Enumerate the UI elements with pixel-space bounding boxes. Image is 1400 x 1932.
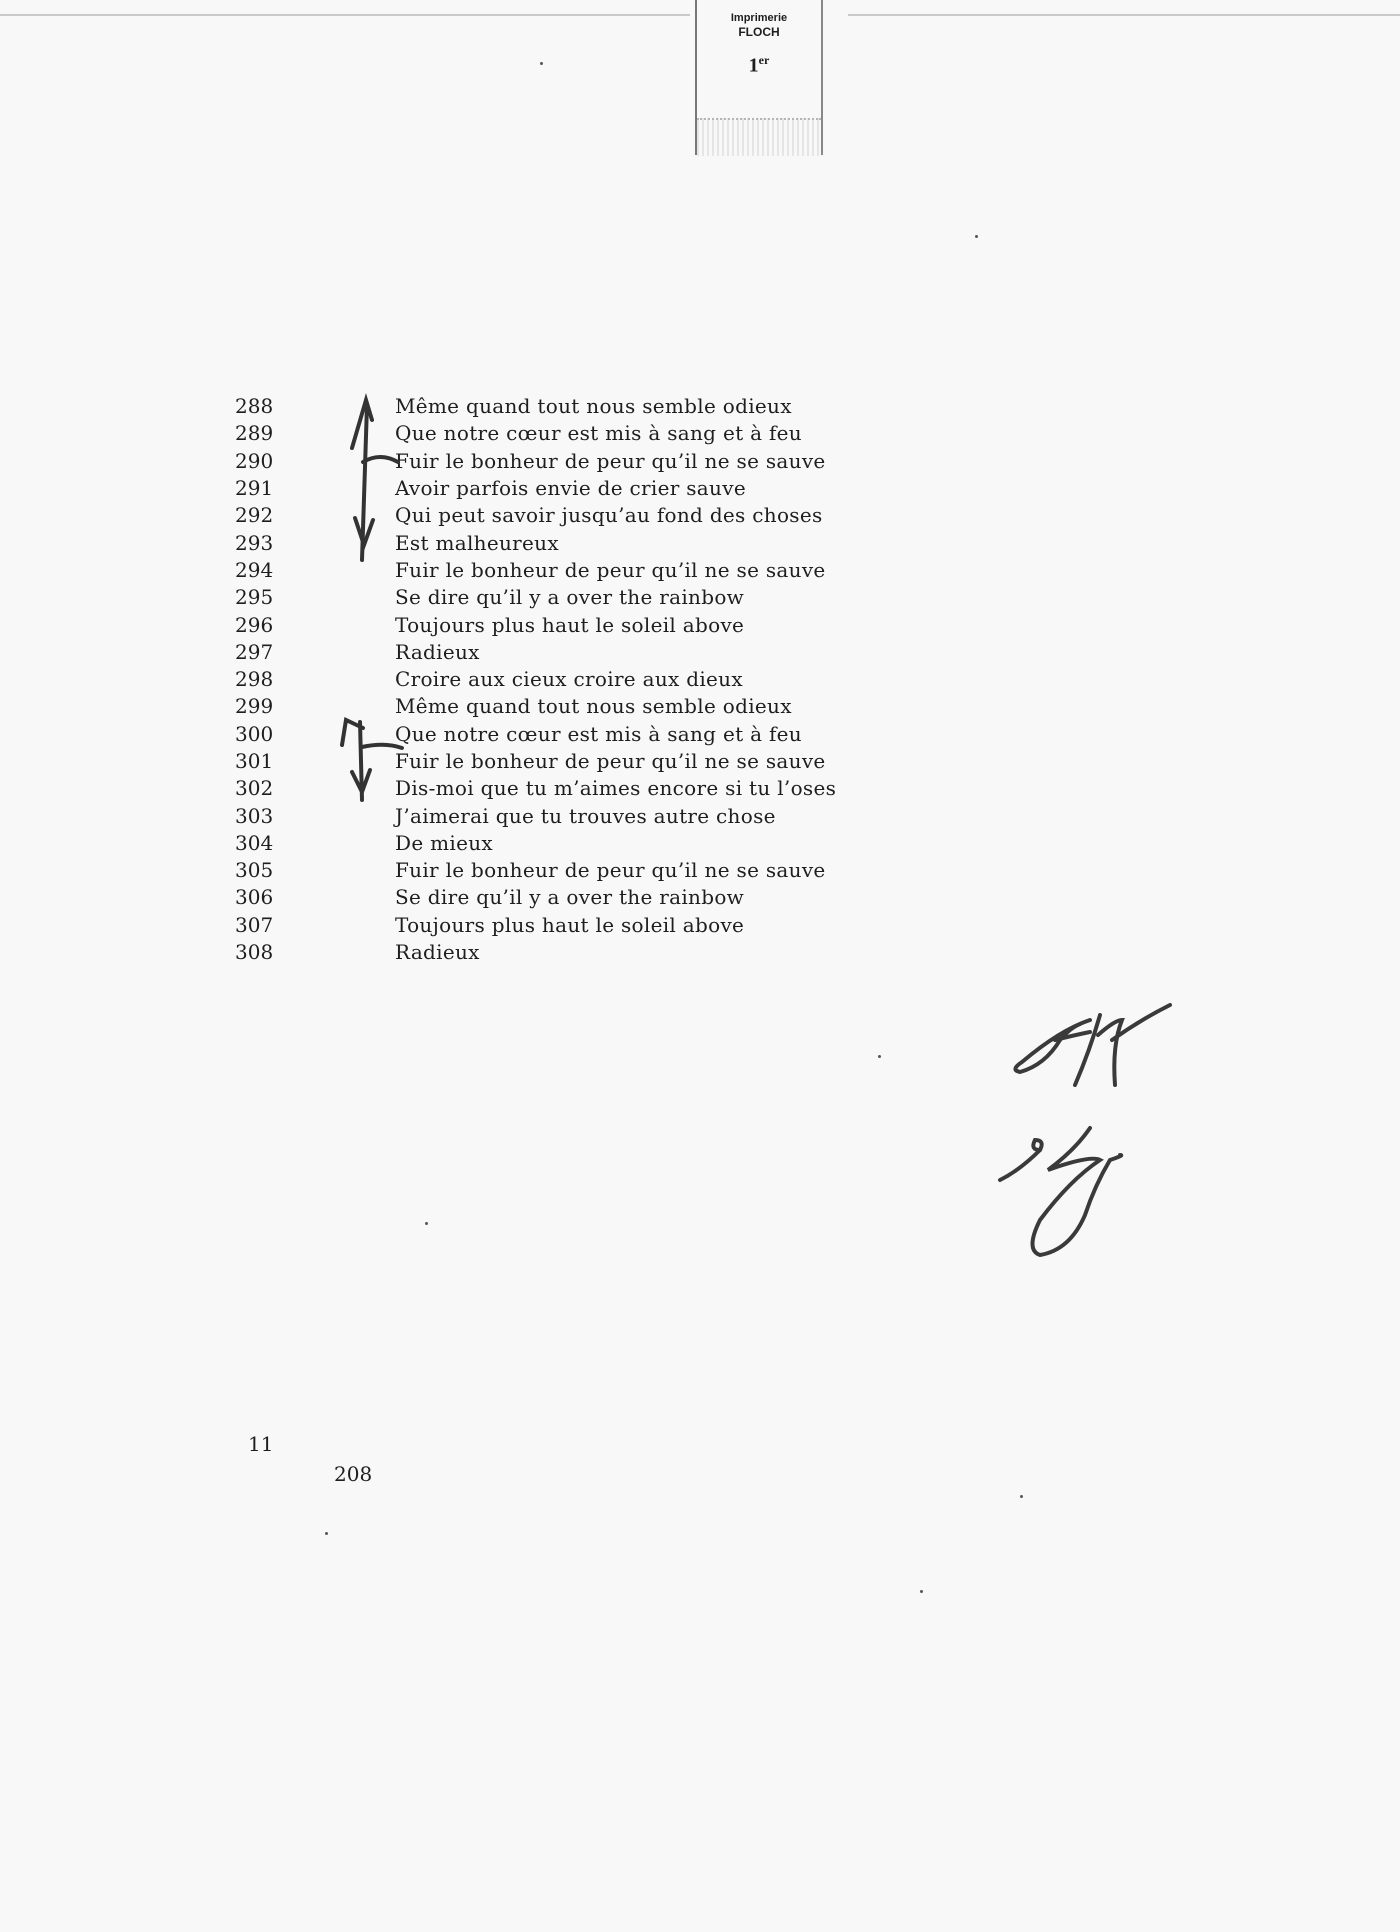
- verse-number: 307: [235, 912, 395, 939]
- speck: [425, 1222, 428, 1225]
- verse-text: Se dire qu’il y a over the rainbow: [395, 884, 744, 911]
- speck: [325, 1532, 328, 1535]
- verse-line: 297Radieux: [235, 639, 836, 666]
- verse-text: Fuir le bonheur de peur qu’il ne se sauv…: [395, 748, 826, 775]
- stamp-printer-name: FLOCH: [697, 25, 821, 39]
- stamp-printer-label: Imprimerie: [697, 12, 821, 25]
- top-rule-right: [848, 14, 1400, 16]
- page-number: 208: [334, 1462, 372, 1486]
- verse-number: 308: [235, 939, 395, 966]
- verse-number: 298: [235, 666, 395, 693]
- verse-text: Se dire qu’il y a over the rainbow: [395, 584, 744, 611]
- verse-text: Que notre cœur est mis à sang et à feu: [395, 721, 802, 748]
- verse-number: 294: [235, 557, 395, 584]
- verse-number: 305: [235, 857, 395, 884]
- verse-number: 300: [235, 721, 395, 748]
- speck: [878, 1055, 881, 1058]
- verse-number: 291: [235, 475, 395, 502]
- verse-number: 297: [235, 639, 395, 666]
- speck: [920, 1590, 923, 1593]
- verse-number: 306: [235, 884, 395, 911]
- verse-line: 291Avoir parfois envie de crier sauve: [235, 475, 836, 502]
- verse-line: 301Fuir le bonheur de peur qu’il ne se s…: [235, 748, 836, 775]
- verse-line: 290Fuir le bonheur de peur qu’il ne se s…: [235, 448, 836, 475]
- verse-text: Même quand tout nous semble odieux: [395, 393, 792, 420]
- handwritten-initials-icon: [1000, 1005, 1170, 1255]
- verse-line: 296Toujours plus haut le soleil above: [235, 611, 836, 638]
- verse-number: 301: [235, 748, 395, 775]
- verse-list: 288Même quand tout nous semble odieux289…: [235, 393, 836, 966]
- verse-line: 300Que notre cœur est mis à sang et à fe…: [235, 721, 836, 748]
- verse-number: 299: [235, 693, 395, 720]
- verse-line: 292Qui peut savoir jusqu’au fond des cho…: [235, 502, 836, 529]
- speck: [975, 235, 978, 238]
- verse-line: 295Se dire qu’il y a over the rainbow: [235, 584, 836, 611]
- printer-stamp: Imprimerie FLOCH 1er: [695, 0, 823, 155]
- verse-text: Avoir parfois envie de crier sauve: [395, 475, 746, 502]
- verse-text: Dis-moi que tu m’aimes encore si tu l’os…: [395, 775, 836, 802]
- verse-number: 293: [235, 530, 395, 557]
- verse-line: 308Radieux: [235, 939, 836, 966]
- verse-line: 298Croire aux cieux croire aux dieux: [235, 666, 836, 693]
- verse-line: 302Dis-moi que tu m’aimes encore si tu l…: [235, 775, 836, 802]
- verse-line: 294Fuir le bonheur de peur qu’il ne se s…: [235, 557, 836, 584]
- stamp-edition: 1er: [697, 53, 821, 78]
- verse-line: 289Que notre cœur est mis à sang et à fe…: [235, 420, 836, 447]
- verse-number: 290: [235, 448, 395, 475]
- verse-line: 307Toujours plus haut le soleil above: [235, 912, 836, 939]
- verse-line: 306Se dire qu’il y a over the rainbow: [235, 884, 836, 911]
- verse-number: 288: [235, 393, 395, 420]
- verse-number: 304: [235, 830, 395, 857]
- verse-line: 304De mieux: [235, 830, 836, 857]
- verse-number: 296: [235, 612, 395, 639]
- verse-number: 292: [235, 502, 395, 529]
- verse-text: Que notre cœur est mis à sang et à feu: [395, 420, 802, 447]
- verse-text: Toujours plus haut le soleil above: [395, 912, 744, 939]
- verse-line: 303J’aimerai que tu trouves autre chose: [235, 802, 836, 829]
- speck: [540, 62, 543, 65]
- verse-text: Fuir le bonheur de peur qu’il ne se sauv…: [395, 448, 826, 475]
- verse-text: J’aimerai que tu trouves autre chose: [395, 803, 776, 830]
- verse-text: Radieux: [395, 639, 480, 666]
- verse-text: Fuir le bonheur de peur qu’il ne se sauv…: [395, 857, 826, 884]
- signature-number: 11: [248, 1432, 273, 1456]
- verse-text: Toujours plus haut le soleil above: [395, 612, 744, 639]
- verse-number: 302: [235, 775, 395, 802]
- verse-number: 303: [235, 803, 395, 830]
- verse-text: Est malheureux: [395, 530, 559, 557]
- verse-line: 288Même quand tout nous semble odieux: [235, 393, 836, 420]
- verse-line: 299Même quand tout nous semble odieux: [235, 693, 836, 720]
- verse-text: De mieux: [395, 830, 493, 857]
- verse-text: Croire aux cieux croire aux dieux: [395, 666, 743, 693]
- verse-number: 295: [235, 584, 395, 611]
- verse-text: Même quand tout nous semble odieux: [395, 693, 792, 720]
- verse-line: 293Est malheureux: [235, 529, 836, 556]
- stamp-bottom-box: [697, 118, 821, 156]
- verse-text: Fuir le bonheur de peur qu’il ne se sauv…: [395, 557, 826, 584]
- verse-text: Qui peut savoir jusqu’au fond des choses: [395, 502, 823, 529]
- top-rule-left: [0, 14, 690, 16]
- verse-number: 289: [235, 420, 395, 447]
- verse-line: 305Fuir le bonheur de peur qu’il ne se s…: [235, 857, 836, 884]
- verse-text: Radieux: [395, 939, 480, 966]
- speck: [1020, 1495, 1023, 1498]
